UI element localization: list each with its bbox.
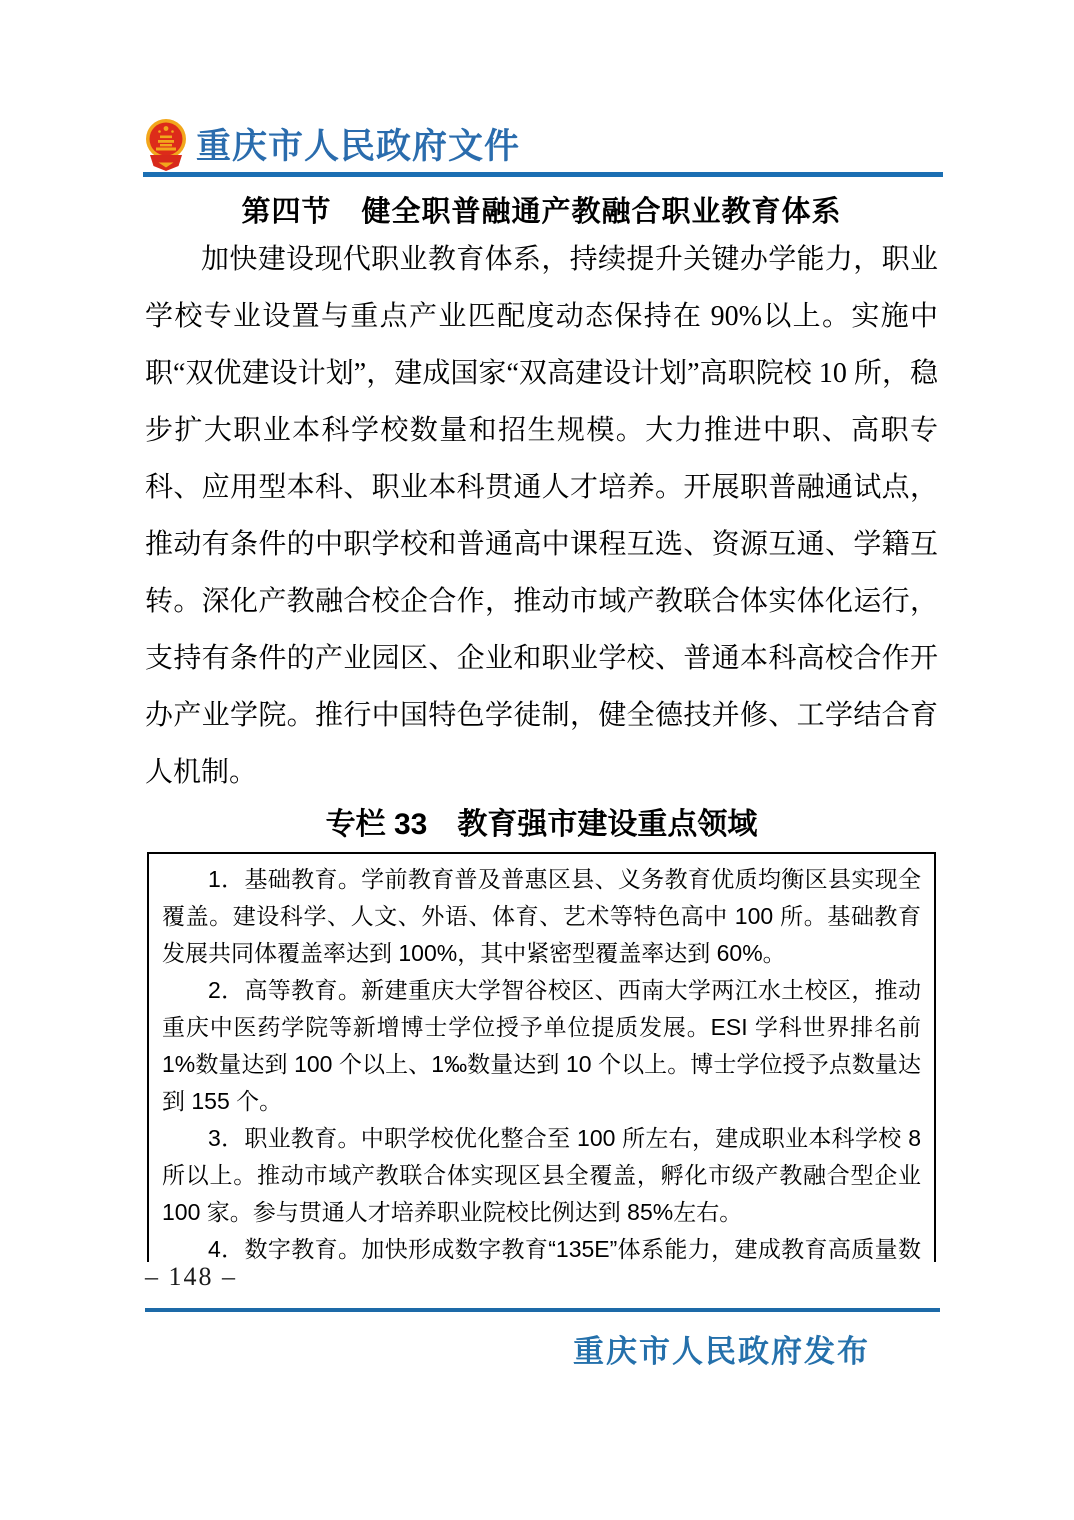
page-number: – 148 – (145, 1262, 237, 1292)
publisher-label: 重庆市人民政府发布 (145, 1326, 938, 1371)
national-emblem-icon (145, 116, 187, 172)
body-paragraph: 加快建设现代职业教育体系，持续提升关键办学能力，职业学校专业设置与重点产业匹配度… (145, 231, 938, 801)
footer-rule (145, 1308, 940, 1312)
header-rule (143, 172, 943, 177)
box-title: 专栏 33 教育强市建设重点领域 (145, 799, 938, 843)
body-text: 加快建设现代职业教育体系，持续提升关键办学能力，职业学校专业设置与重点产业匹配度… (145, 231, 938, 801)
document-page: 重庆市人民政府文件 第四节 健全职普融通产教融合职业教育体系 加快建设现代职业教… (0, 0, 1074, 1520)
org-title: 重庆市人民政府文件 (196, 119, 520, 169)
key-areas-box: 1．基础教育。学前教育普及普惠区县、义务教育优质均衡区县实现全覆盖。建设科学、人… (147, 852, 936, 1262)
document-header: 重庆市人民政府文件 (145, 116, 520, 172)
section-heading: 第四节 健全职普融通产教融合职业教育体系 (145, 189, 938, 230)
box-item-vocational-education: 3．职业教育。中职学校优化整合至 100 所左右，建成职业本科学校 8 所以上。… (162, 1120, 921, 1231)
box-item-basic-education: 1．基础教育。学前教育普及普惠区县、义务教育优质均衡区县实现全覆盖。建设科学、人… (162, 861, 921, 972)
box-item-higher-education: 2．高等教育。新建重庆大学智谷校区、西南大学两江水土校区，推动重庆中医药学院等新… (162, 972, 921, 1120)
box-item-digital-education: 4．数字教育。加快形成数字教育“135E”体系能力，建成教育高质量数据集，打造“… (162, 1231, 921, 1262)
